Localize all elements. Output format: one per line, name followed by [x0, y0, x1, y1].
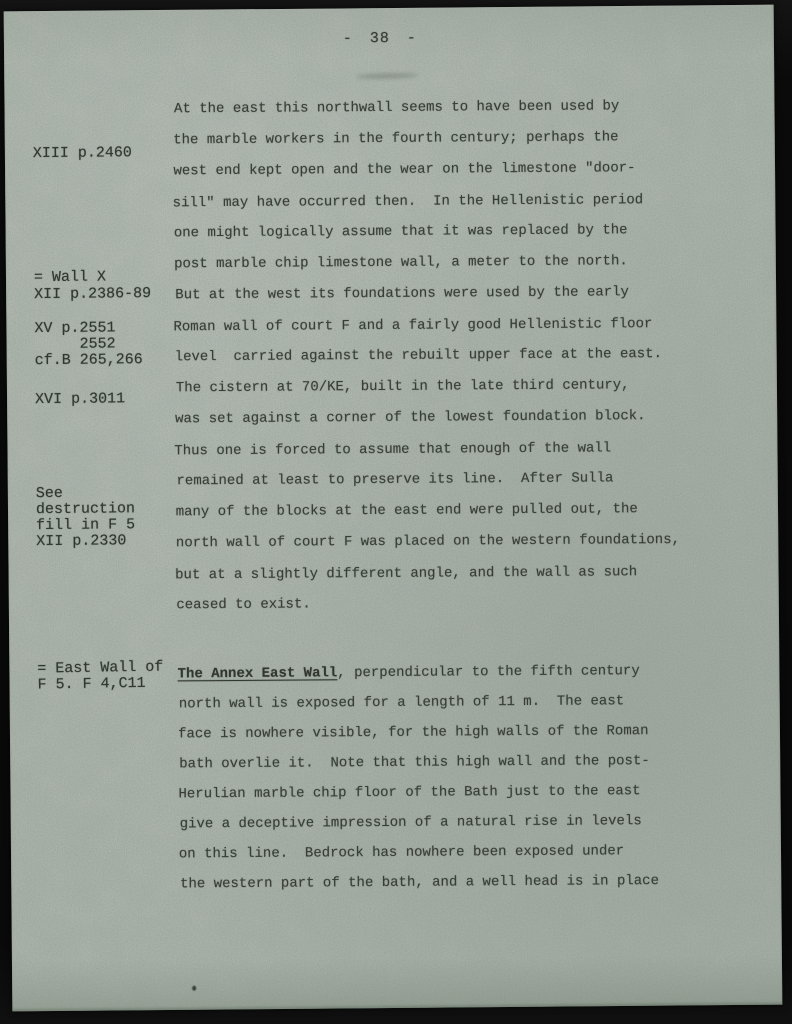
text-line: post marble chip limestone wall, a meter…	[174, 246, 734, 281]
text-line: Roman wall of court F and a fairly good …	[173, 309, 733, 344]
margin-note-line: = Wall X	[34, 268, 151, 286]
text-line: north wall of court F was placed on the …	[176, 525, 736, 560]
text-line: face is nowhere visible, for the high wa…	[178, 715, 738, 749]
scan-background: - 38 - XIII p.2460 = Wall X XII p.2386-8…	[0, 0, 792, 1024]
margin-note-cistern-ref: XVI p.3011	[35, 391, 125, 408]
text-line: level carried against the rebuilt upper …	[175, 339, 735, 374]
text-line: north wall is exposed for a length of 11…	[179, 685, 739, 719]
margin-note-pages: XV p.2551 2552 cf.B 265,266	[34, 320, 142, 369]
text-line: was set against a corner of the lowest f…	[175, 401, 735, 436]
text-line: the western part of the bath, and a well…	[180, 865, 740, 899]
text-line: one might logically assume that it was r…	[174, 215, 734, 250]
text-line: on this line. Bedrock has nowhere been e…	[179, 835, 739, 869]
margin-note-line: F 5. F 4,C11	[37, 676, 163, 694]
margin-note-east-wall: = East Wall of F 5. F 4,C11	[37, 660, 164, 694]
text-line: but at a slightly different angle, and t…	[175, 557, 735, 592]
text-line: bath overlie it. Note that this high wal…	[179, 745, 739, 779]
text-line: ceased to exist.	[176, 587, 736, 622]
text-line: remained at least to preserve its line. …	[176, 463, 736, 498]
text-line: But at the west its foundations were use…	[175, 277, 735, 312]
text-line: At the east this northwall seems to have…	[174, 91, 734, 126]
document-page: - 38 - XIII p.2460 = Wall X XII p.2386-8…	[4, 5, 783, 1012]
text-line-annex-heading: The Annex East Wall, perpendicular to th…	[178, 655, 738, 689]
page-number: - 38 -	[4, 27, 756, 51]
margin-note-line: XII p.2386-89	[34, 285, 151, 303]
margin-note-line: XV p.2551	[34, 320, 142, 337]
margin-note-line: XII p.2330	[36, 533, 135, 550]
margin-note-line: XVI p.3011	[35, 391, 125, 408]
page-content: - 38 - XIII p.2460 = Wall X XII p.2386-8…	[4, 5, 783, 1012]
text-line: sill" may have occurred then. In the Hel…	[173, 185, 733, 220]
text-line: give a deceptive impression of a natural…	[180, 805, 740, 839]
margin-note-reference: XIII p.2460	[33, 145, 132, 162]
text-line: the marble workers in the fourth century…	[173, 122, 733, 157]
ink-speck	[192, 986, 196, 991]
paragraph-annex-east-wall: The Annex East Wall, perpendicular to th…	[178, 655, 740, 899]
paragraph-northwall: At the east this northwall seems to have…	[173, 91, 736, 622]
text-line: Thus one is forced to assume that enough…	[174, 433, 734, 468]
annex-heading-rest: , perpendicular to the fifth century	[337, 663, 640, 681]
margin-note-wall-x: = Wall X XII p.2386-89	[34, 268, 151, 303]
text-line: many of the blocks at the east end were …	[176, 494, 736, 529]
text-line: The cistern at 70/KE, built in the late …	[176, 370, 736, 405]
annex-heading-underlined: The Annex East Wall	[178, 665, 338, 682]
margin-note-line: cf.B 265,266	[35, 352, 143, 369]
margin-note-line: XIII p.2460	[33, 145, 132, 162]
pencil-smudge	[356, 73, 418, 79]
text-line: west end kept open and the wear on the l…	[173, 153, 733, 188]
text-line: Herulian marble chip floor of the Bath j…	[178, 775, 738, 809]
margin-note-destruction-fill: See destruction fill in F 5 XII p.2330	[36, 485, 136, 550]
